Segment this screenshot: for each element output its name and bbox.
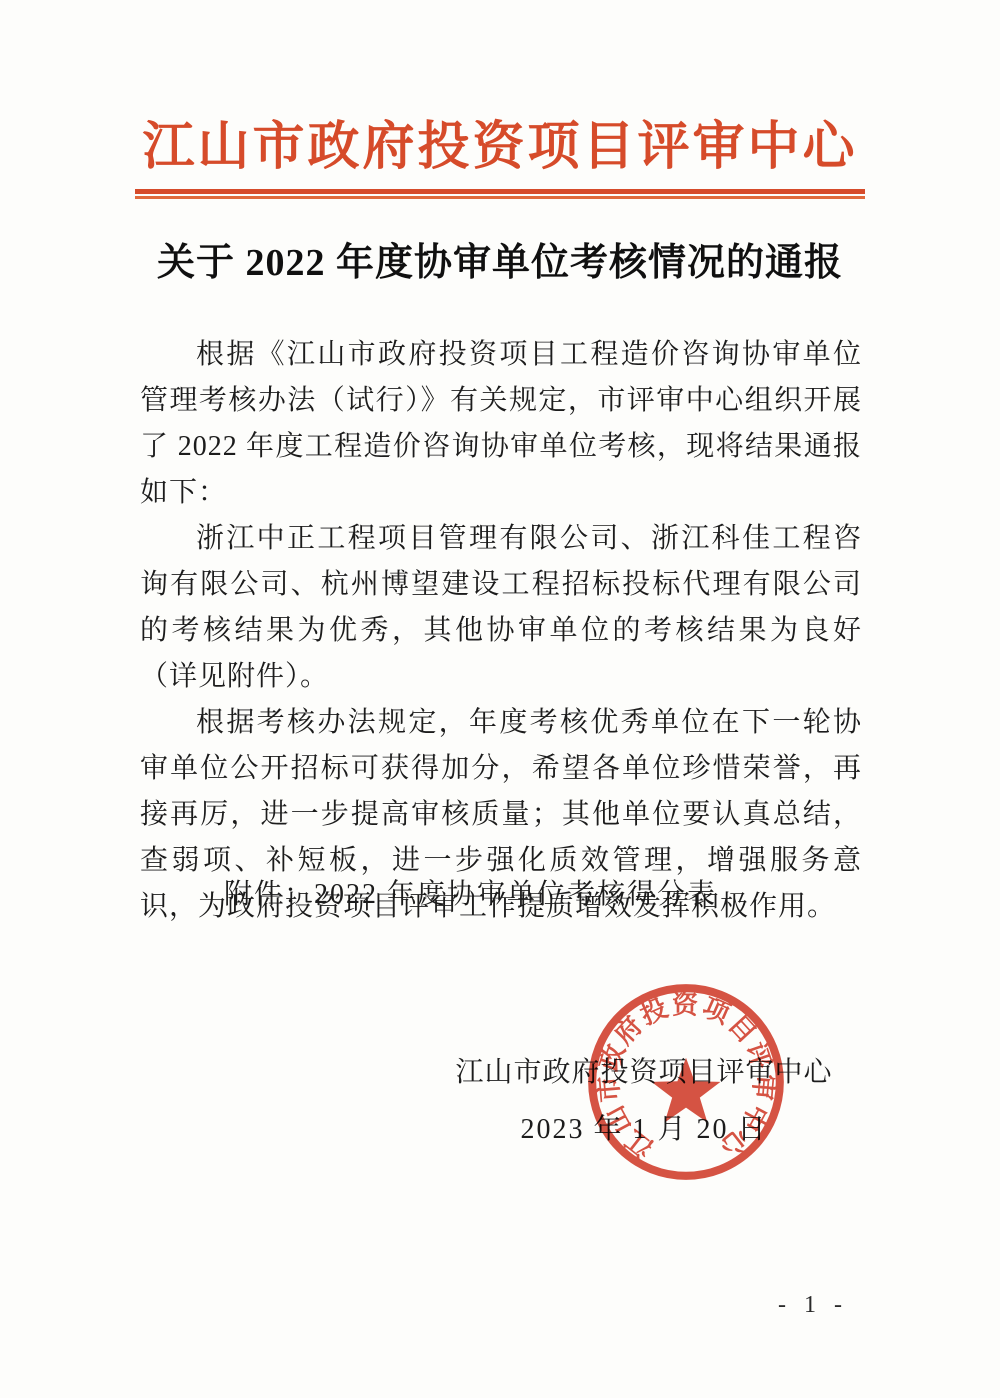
signature-date: 2023 年 1 月 20 日 [452, 1107, 836, 1147]
letterhead-org-name: 江山市政府投资项目评审中心 [0, 104, 1000, 179]
document-page: 江山市政府投资项目评审中心 关于 2022 年度协审单位考核情况的通报 根据《江… [0, 0, 1000, 1398]
page-number: - 1 - [778, 1292, 848, 1319]
signature-org: 江山市政府投资项目评审中心 [452, 1050, 836, 1090]
letterhead-divider [135, 189, 865, 199]
paragraph: 根据《江山市政府投资项目工程造价咨询协审单位管理考核办法（试行）》有关规定，市评… [140, 332, 862, 516]
signature-block: 江山市政府投资项目评审中心 2023 年 1 月 20 日 [452, 1050, 836, 1147]
attachment-line: 附件：2022 年度协审单位考核得分表 [224, 872, 717, 912]
document-body: 根据《江山市政府投资项目工程造价咨询协审单位管理考核办法（试行）》有关规定，市评… [140, 332, 862, 930]
paragraph: 浙江中正工程项目管理有限公司、浙江科佳工程咨询有限公司、杭州博望建设工程招标投标… [140, 516, 862, 700]
document-title: 关于 2022 年度协审单位考核情况的通报 [0, 231, 1000, 286]
